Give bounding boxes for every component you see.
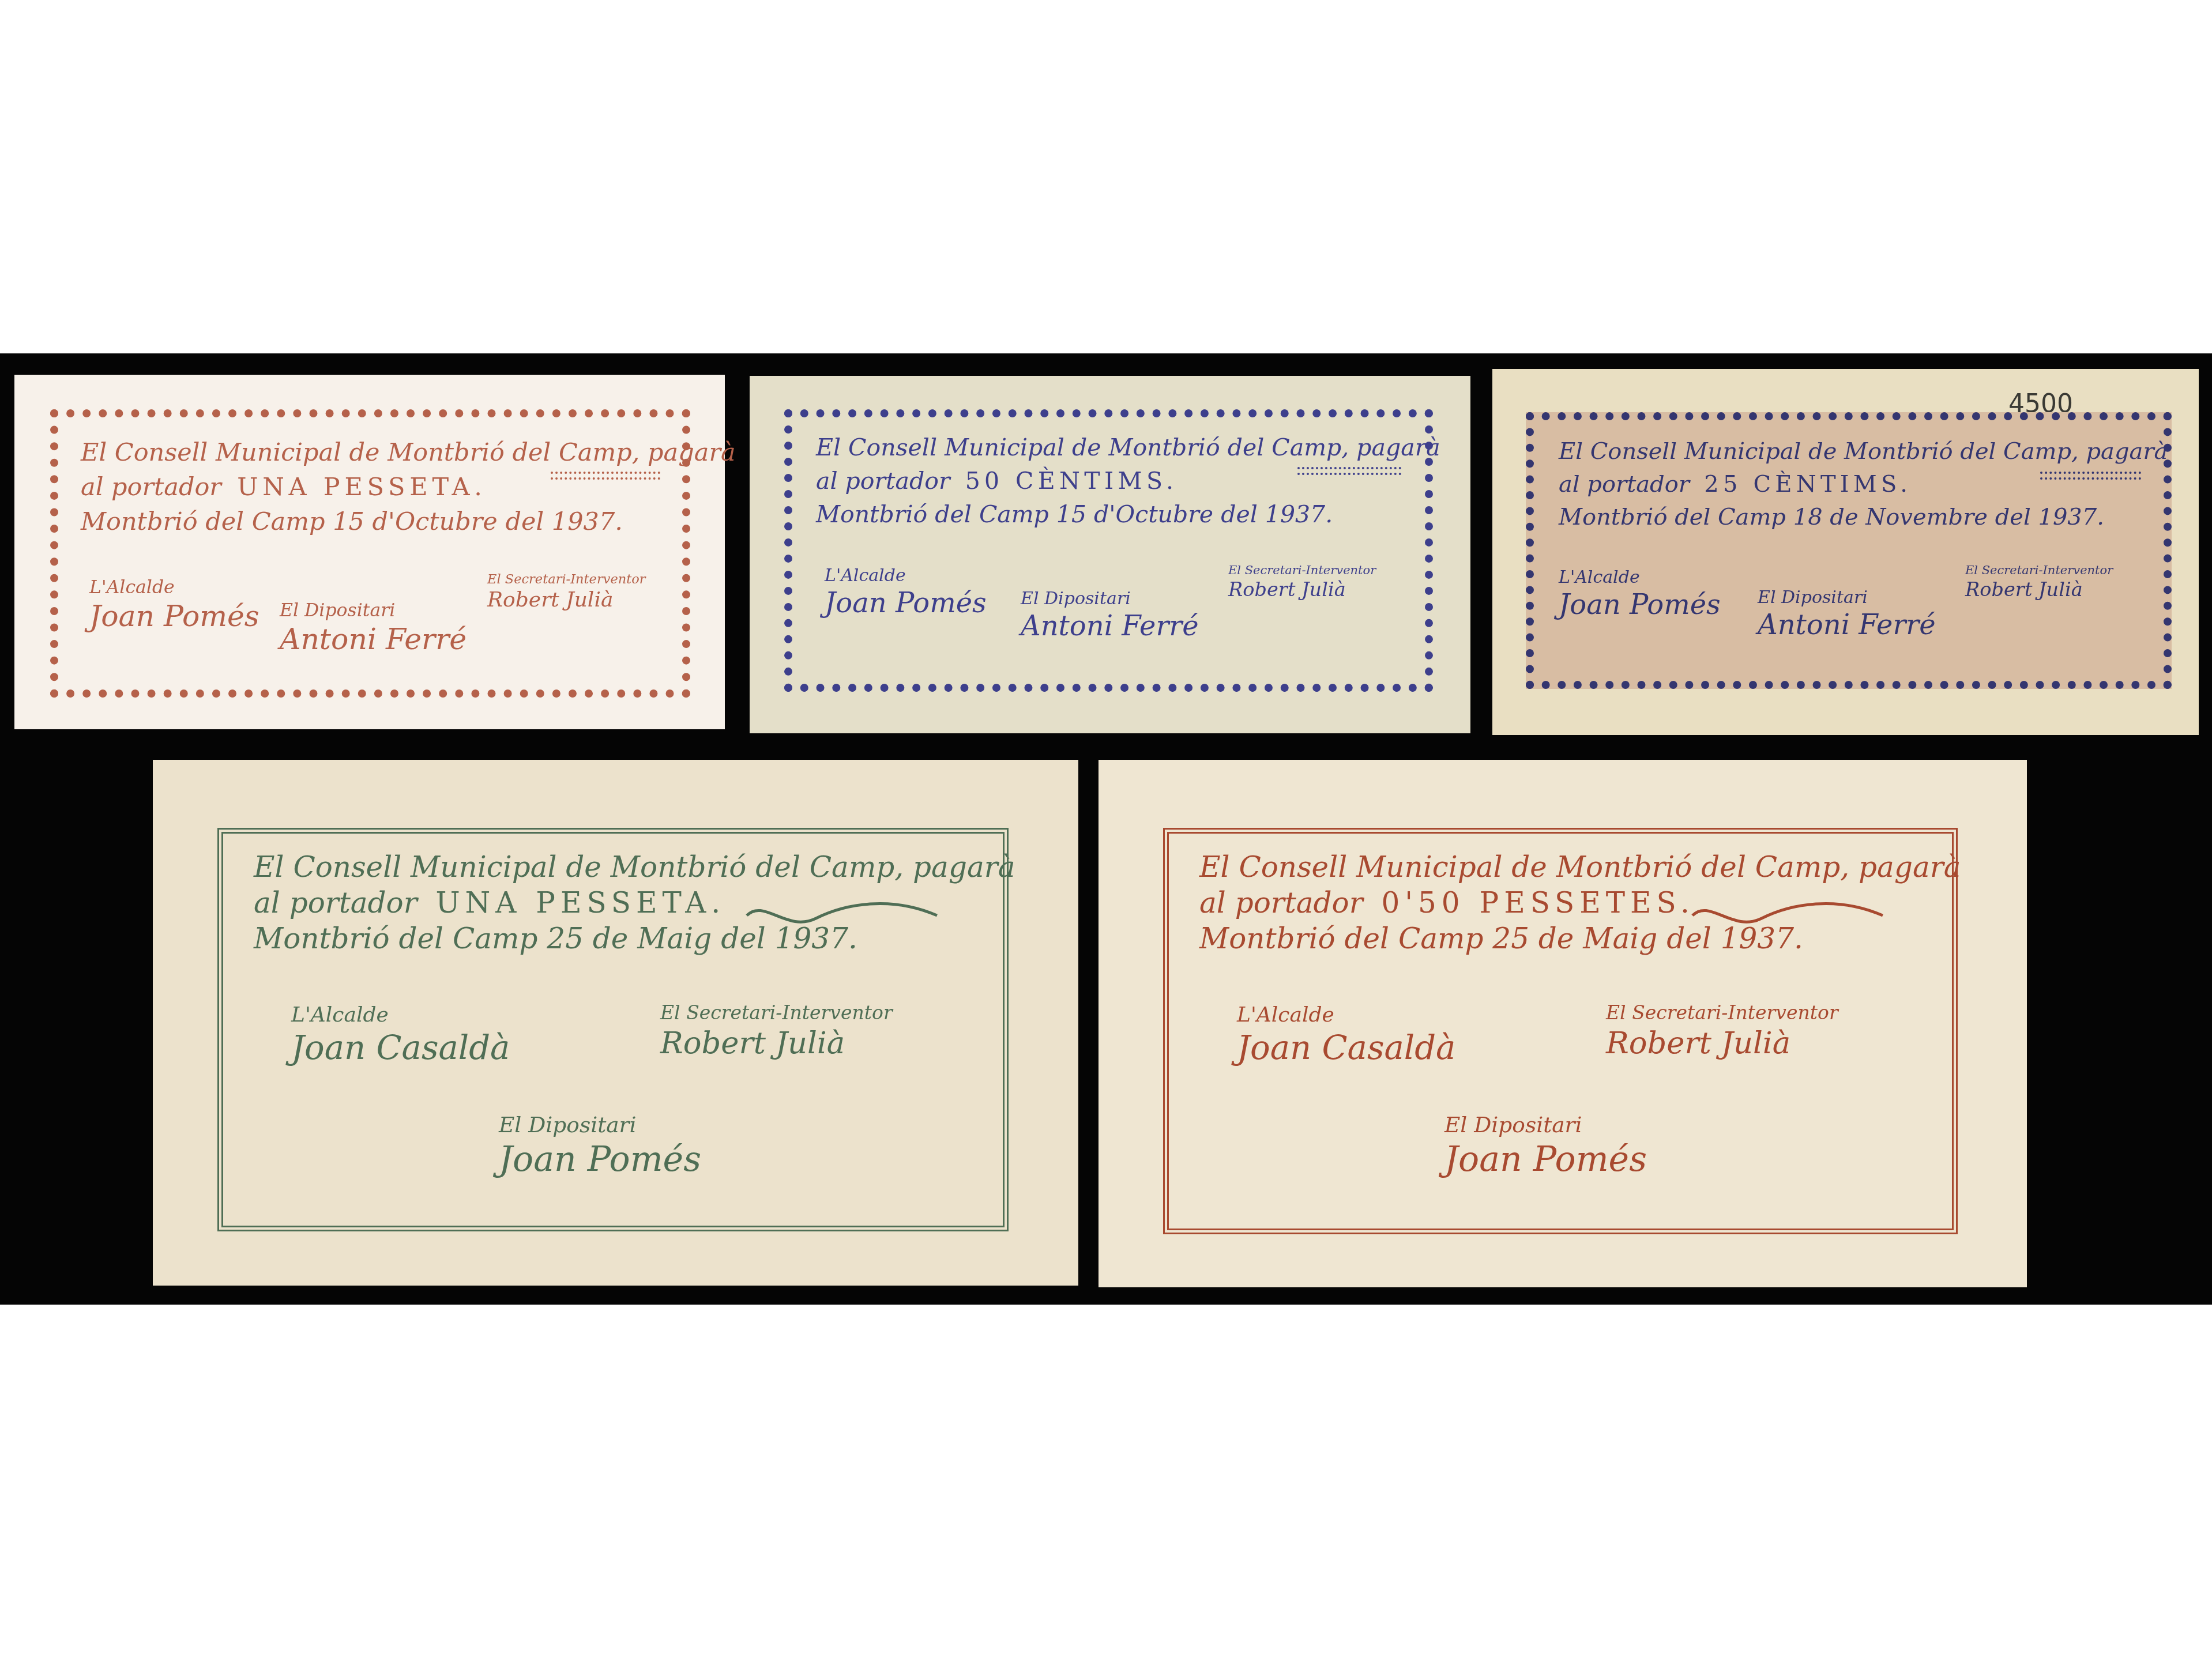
signature-mayor: L'Alcalde Joan Pomés [1559, 562, 1721, 621]
issuer-line: El Consell Municipal de Montbrió del Cam… [254, 849, 1078, 885]
signature-mayor: L'Alcalde Joan Pomés [89, 571, 259, 633]
date-line: Montbrió del Camp 25 de Maig del 1937. [1199, 921, 2027, 956]
bearer-label: al portador [816, 467, 950, 495]
banknote-una-pesseta-may: El Consell Municipal de Montbrió del Cam… [153, 760, 1078, 1286]
signature-secretary: El Secretari-Interventor Robert Julià [487, 568, 646, 612]
denomination: 0'50 PESSETES. [1381, 886, 1695, 920]
date-line: Montbrió del Camp 25 de Maig del 1937. [254, 921, 1078, 956]
note-text: El Consell Municipal de Montbrió del Cam… [81, 435, 725, 539]
date-line: Montbrió del Camp 15 d'Octubre del 1937. [81, 504, 725, 539]
issuer-line: El Consell Municipal de Montbrió del Cam… [1199, 849, 2027, 885]
date-line: Montbrió del Camp 18 de Novembre del 193… [1559, 501, 2199, 534]
banknote-25-centims: 4500 El Consell Municipal de Montbrió de… [1492, 369, 2199, 735]
flourish-ornament [1687, 892, 1894, 939]
banknote-50-centims: El Consell Municipal de Montbrió del Cam… [750, 376, 1470, 733]
signature-secretary: El Secretari-Interventor Robert Julià [1228, 559, 1376, 601]
flourish-ornament [741, 892, 949, 939]
issuer-line: El Consell Municipal de Montbrió del Cam… [1559, 435, 2199, 468]
signature-mayor: L'Alcalde Joan Pomés [825, 560, 987, 619]
bearer-label: al portador [254, 886, 417, 920]
signature-depositary: El Dipositari Antoni Ferré [1021, 583, 1199, 642]
banknote-050-pessetes: El Consell Municipal de Montbrió del Cam… [1099, 760, 2027, 1287]
signature-secretary: El Secretari-Interventor Robert Julià [1606, 996, 1838, 1061]
signature-depositary: El Dipositari Joan Pomés [1444, 1106, 1647, 1180]
signature-secretary: El Secretari-Interventor Robert Julià [1965, 559, 2113, 601]
signature-depositary: El Dipositari Antoni Ferré [280, 594, 467, 656]
denomination: UNA PESSETA. [237, 473, 486, 502]
signature-mayor: L'Alcalde Joan Casaldà [1237, 996, 1455, 1067]
denomination: 25 CÈNTIMS. [1704, 471, 1912, 498]
signature-depositary: El Dipositari Joan Pomés [499, 1106, 701, 1180]
dotted-rule [551, 472, 660, 480]
bearer-label: al portador [81, 473, 221, 502]
banknote-una-pesseta-october: El Consell Municipal de Montbrió del Cam… [14, 375, 725, 729]
issuer-line: El Consell Municipal de Montbrió del Cam… [81, 435, 725, 470]
note-text: El Consell Municipal de Montbrió del Cam… [1559, 435, 2199, 534]
dotted-rule [2040, 472, 2141, 480]
date-line: Montbrió del Camp 15 d'Octubre del 1937. [816, 498, 1470, 531]
signature-secretary: El Secretari-Interventor Robert Julià [660, 996, 893, 1061]
note-text: El Consell Municipal de Montbrió del Cam… [1199, 849, 2027, 956]
issuer-line: El Consell Municipal de Montbrió del Cam… [816, 431, 1470, 464]
denomination: 50 CÈNTIMS. [965, 467, 1178, 495]
bearer-label: al portador [1199, 886, 1363, 920]
bearer-label: al portador [1559, 471, 1690, 498]
signature-depositary: El Dipositari Antoni Ferré [1758, 582, 1936, 641]
note-text: El Consell Municipal de Montbrió del Cam… [254, 849, 1078, 956]
dotted-rule [1297, 467, 1401, 475]
note-text: El Consell Municipal de Montbrió del Cam… [816, 431, 1470, 531]
denomination: UNA PESSETA. [435, 886, 725, 920]
signature-mayor: L'Alcalde Joan Casaldà [291, 996, 510, 1067]
